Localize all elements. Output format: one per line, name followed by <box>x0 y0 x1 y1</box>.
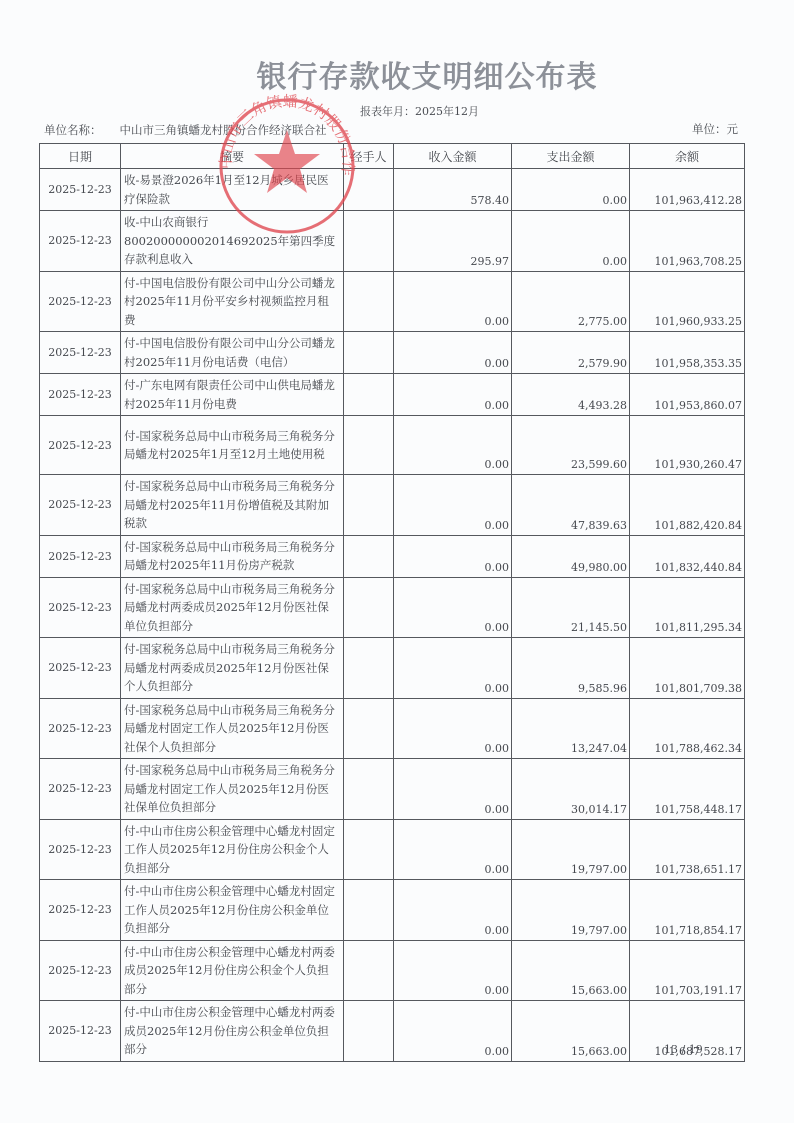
handler-cell <box>344 577 394 638</box>
summary-cell: 付-国家税务总局中山市税务局三角税务分局蟠龙村固定工作人员2025年12月份医社… <box>121 698 344 759</box>
page-number: 13 / 19 <box>664 1043 703 1056</box>
date-cell: 2025-12-23 <box>40 759 121 820</box>
income-cell: 295.97 <box>394 211 512 272</box>
summary-cell: 付-国家税务总局中山市税务局三角税务分局蟠龙村2025年1月至12月土地使用税 <box>121 416 344 475</box>
table-row: 2025-12-23付-中山市住房公积金管理中心蟠龙村固定工作人员2025年12… <box>40 880 745 941</box>
handler-cell <box>344 638 394 699</box>
table-row: 2025-12-23收-中山农商银行800200000002014692025年… <box>40 211 745 272</box>
date-cell: 2025-12-23 <box>40 880 121 941</box>
expense-cell: 19,797.00 <box>512 819 630 880</box>
income-cell: 0.00 <box>394 416 512 475</box>
balance-cell: 101,953,860.07 <box>630 374 745 416</box>
balance-cell: 101,963,708.25 <box>630 211 745 272</box>
unit-name-value: 中山市三角镇蟠龙村股份合作经济联合社 <box>120 123 327 137</box>
handler-cell <box>344 271 394 332</box>
date-cell: 2025-12-23 <box>40 271 121 332</box>
expense-cell: 49,980.00 <box>512 535 630 577</box>
summary-cell: 付-中国电信股份有限公司中山分公司蟠龙村2025年11月份平安乡村视频监控月租费 <box>121 271 344 332</box>
date-cell: 2025-12-23 <box>40 698 121 759</box>
income-cell: 0.00 <box>394 698 512 759</box>
income-cell: 0.00 <box>394 271 512 332</box>
summary-cell: 付-广东电网有限责任公司中山供电局蟠龙村2025年11月份电费 <box>121 374 344 416</box>
expense-cell: 47,839.63 <box>512 475 630 536</box>
summary-cell: 收-中山农商银行800200000002014692025年第四季度存款利息收入 <box>121 211 344 272</box>
table-row: 2025-12-23付-国家税务总局中山市税务局三角税务分局蟠龙村固定工作人员2… <box>40 759 745 820</box>
expense-cell: 15,663.00 <box>512 940 630 1001</box>
balance-cell: 101,801,709.38 <box>630 638 745 699</box>
summary-cell: 付-国家税务总局中山市税务局三角税务分局蟠龙村两委成员2025年12月份医社保单… <box>121 577 344 638</box>
table-row: 2025-12-23付-中山市住房公积金管理中心蟠龙村两委成员2025年12月份… <box>40 940 745 1001</box>
unit-name-line: 单位名称：中山市三角镇蟠龙村股份合作经济联合社 <box>44 122 327 138</box>
date-cell: 2025-12-23 <box>40 374 121 416</box>
income-cell: 578.40 <box>394 169 512 211</box>
handler-cell <box>344 332 394 374</box>
date-cell: 2025-12-23 <box>40 169 121 211</box>
date-cell: 2025-12-23 <box>40 819 121 880</box>
income-cell: 0.00 <box>394 332 512 374</box>
summary-cell: 付-中山市住房公积金管理中心蟠龙村固定工作人员2025年12月份住房公积金个人负… <box>121 819 344 880</box>
expense-cell: 15,663.00 <box>512 1001 630 1062</box>
summary-cell: 付-中山市住房公积金管理中心蟠龙村两委成员2025年12月份住房公积金个人负担部… <box>121 940 344 1001</box>
report-period-label: 报表年月： <box>360 105 415 118</box>
balance-cell: 101,960,933.25 <box>630 271 745 332</box>
date-cell: 2025-12-23 <box>40 475 121 536</box>
handler-cell <box>344 940 394 1001</box>
table-row: 2025-12-23付-国家税务总局中山市税务局三角税务分局蟠龙村2025年11… <box>40 535 745 577</box>
table-row: 2025-12-23付-国家税务总局中山市税务局三角税务分局蟠龙村2025年11… <box>40 475 745 536</box>
expense-cell: 23,599.60 <box>512 416 630 475</box>
handler-cell <box>344 416 394 475</box>
balance-cell: 101,788,462.34 <box>630 698 745 759</box>
date-cell: 2025-12-23 <box>40 535 121 577</box>
handler-cell <box>344 819 394 880</box>
handler-cell <box>344 535 394 577</box>
expense-cell: 0.00 <box>512 211 630 272</box>
balance-cell: 101,758,448.17 <box>630 759 745 820</box>
date-cell: 2025-12-23 <box>40 332 121 374</box>
balance-cell: 101,811,295.34 <box>630 577 745 638</box>
handler-cell <box>344 374 394 416</box>
balance-cell: 101,963,412.28 <box>630 169 745 211</box>
income-cell: 0.00 <box>394 475 512 536</box>
column-header-income: 收入金额 <box>394 144 512 169</box>
summary-cell: 付-国家税务总局中山市税务局三角税务分局蟠龙村两委成员2025年12月份医社保个… <box>121 638 344 699</box>
column-header-handler: 经手人 <box>344 144 394 169</box>
date-cell: 2025-12-23 <box>40 638 121 699</box>
balance-cell: 101,718,854.17 <box>630 880 745 941</box>
balance-cell: 101,930,260.47 <box>630 416 745 475</box>
handler-cell <box>344 169 394 211</box>
summary-cell: 收-易景澄2026年1月至12月城乡居民医疗保险款 <box>121 169 344 211</box>
table-row: 2025-12-23收-易景澄2026年1月至12月城乡居民医疗保险款578.4… <box>40 169 745 211</box>
handler-cell <box>344 880 394 941</box>
table-row: 2025-12-23付-中国电信股份有限公司中山分公司蟠龙村2025年11月份电… <box>40 332 745 374</box>
column-header-summary: 摘要 <box>121 144 344 169</box>
handler-cell <box>344 698 394 759</box>
column-header-balance: 余额 <box>630 144 745 169</box>
date-cell: 2025-12-23 <box>40 416 121 475</box>
summary-cell: 付-中山市住房公积金管理中心蟠龙村两委成员2025年12月份住房公积金单位负担部… <box>121 1001 344 1062</box>
balance-cell: 101,738,651.17 <box>630 819 745 880</box>
balance-cell: 101,703,191.17 <box>630 940 745 1001</box>
date-cell: 2025-12-23 <box>40 211 121 272</box>
income-cell: 0.00 <box>394 638 512 699</box>
transactions-table: 日期 摘要 经手人 收入金额 支出金额 余额 2025-12-23收-易景澄20… <box>39 143 745 1062</box>
income-cell: 0.00 <box>394 374 512 416</box>
column-header-date: 日期 <box>40 144 121 169</box>
expense-cell: 4,493.28 <box>512 374 630 416</box>
income-cell: 0.00 <box>394 880 512 941</box>
expense-cell: 13,247.04 <box>512 698 630 759</box>
currency-unit: 单位：元 <box>692 121 738 137</box>
table-row: 2025-12-23付-国家税务总局中山市税务局三角税务分局蟠龙村两委成员202… <box>40 577 745 638</box>
expense-cell: 2,775.00 <box>512 271 630 332</box>
table-row: 2025-12-23付-国家税务总局中山市税务局三角税务分局蟠龙村固定工作人员2… <box>40 698 745 759</box>
document-title: 银行存款收支明细公布表 <box>0 52 794 96</box>
table-row: 2025-12-23付-广东电网有限责任公司中山供电局蟠龙村2025年11月份电… <box>40 374 745 416</box>
table-row: 2025-12-23付-国家税务总局中山市税务局三角税务分局蟠龙村两委成员202… <box>40 638 745 699</box>
balance-cell: 101,882,420.84 <box>630 475 745 536</box>
date-cell: 2025-12-23 <box>40 940 121 1001</box>
income-cell: 0.00 <box>394 535 512 577</box>
unit-name-label: 单位名称： <box>44 123 102 137</box>
table-row: 2025-12-23付-中山市住房公积金管理中心蟠龙村固定工作人员2025年12… <box>40 819 745 880</box>
report-period: 报表年月：2025年12月 <box>360 103 479 119</box>
summary-cell: 付-国家税务总局中山市税务局三角税务分局蟠龙村2025年11月份房产税款 <box>121 535 344 577</box>
balance-cell: 101,958,353.35 <box>630 332 745 374</box>
income-cell: 0.00 <box>394 577 512 638</box>
income-cell: 0.00 <box>394 1001 512 1062</box>
expense-cell: 9,585.96 <box>512 638 630 699</box>
expense-cell: 30,014.17 <box>512 759 630 820</box>
report-period-value: 2025年12月 <box>415 105 479 118</box>
expense-cell: 19,797.00 <box>512 880 630 941</box>
expense-cell: 21,145.50 <box>512 577 630 638</box>
handler-cell <box>344 475 394 536</box>
handler-cell <box>344 1001 394 1062</box>
income-cell: 0.00 <box>394 819 512 880</box>
summary-cell: 付-国家税务总局中山市税务局三角税务分局蟠龙村固定工作人员2025年12月份医社… <box>121 759 344 820</box>
expense-cell: 2,579.90 <box>512 332 630 374</box>
date-cell: 2025-12-23 <box>40 577 121 638</box>
balance-cell: 101,832,440.84 <box>630 535 745 577</box>
summary-cell: 付-国家税务总局中山市税务局三角税务分局蟠龙村2025年11月份增值税及其附加税… <box>121 475 344 536</box>
income-cell: 0.00 <box>394 759 512 820</box>
column-header-expense: 支出金额 <box>512 144 630 169</box>
summary-cell: 付-中山市住房公积金管理中心蟠龙村固定工作人员2025年12月份住房公积金单位负… <box>121 880 344 941</box>
table-row: 2025-12-23付-国家税务总局中山市税务局三角税务分局蟠龙村2025年1月… <box>40 416 745 475</box>
table-row: 2025-12-23付-中国电信股份有限公司中山分公司蟠龙村2025年11月份平… <box>40 271 745 332</box>
date-cell: 2025-12-23 <box>40 1001 121 1062</box>
table-row: 2025-12-23付-中山市住房公积金管理中心蟠龙村两委成员2025年12月份… <box>40 1001 745 1062</box>
handler-cell <box>344 759 394 820</box>
expense-cell: 0.00 <box>512 169 630 211</box>
table-header-row: 日期 摘要 经手人 收入金额 支出金额 余额 <box>40 144 745 169</box>
handler-cell <box>344 211 394 272</box>
summary-cell: 付-中国电信股份有限公司中山分公司蟠龙村2025年11月份电话费（电信） <box>121 332 344 374</box>
income-cell: 0.00 <box>394 940 512 1001</box>
